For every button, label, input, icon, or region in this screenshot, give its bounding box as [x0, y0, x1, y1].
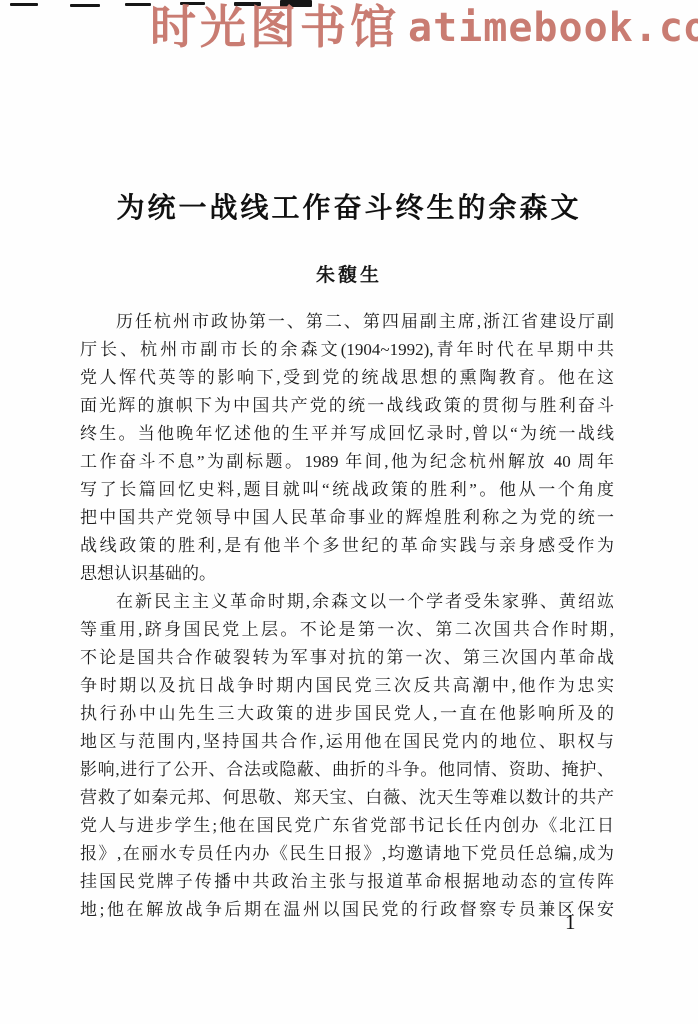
body-line: 工作奋斗不息”为副标题。1989 年间,他为纪念杭州解放 40 周年	[80, 448, 614, 476]
article-body: 历任杭州市政协第一、第二、第四届副主席,浙江省建设厅副 厅长、杭州市副市长的余森…	[80, 308, 614, 924]
body-line: 思想认识基础的。	[80, 560, 614, 588]
body-line: 影响,进行了公开、合法或隐蔽、曲折的斗争。他同情、资助、掩护、	[80, 756, 614, 784]
body-line: 争时期以及抗日战争时期内国民党三次反共高潮中,他作为忠实	[80, 672, 614, 700]
body-line: 历任杭州市政协第一、第二、第四届副主席,浙江省建设厅副	[80, 308, 614, 336]
page-number: 1	[565, 910, 576, 935]
body-line: 在新民主主义革命时期,余森文以一个学者受朱家骅、黄绍竑	[80, 588, 614, 616]
body-line: 写了长篇回忆史料,题目就叫“统战政策的胜利”。他从一个角度	[80, 476, 614, 504]
body-line: 等重用,跻身国民党上层。不论是第一次、第二次国共合作时期,	[80, 616, 614, 644]
scan-artifact-dash	[70, 4, 100, 7]
body-line: 党人与进步学生;他在国民党广东省党部书记长任内创办《北江日	[80, 812, 614, 840]
body-line: 营救了如秦元邦、何思敬、郑天宝、白薇、沈天生等难以数计的共产	[80, 784, 614, 812]
body-line: 厅长、杭州市副市长的余森文(1904~1992),青年时代在早期中共	[80, 336, 614, 364]
body-line: 不论是国共合作破裂转为军事对抗的第一次、第三次国内革命战	[80, 644, 614, 672]
body-line: 报》,在丽水专员任内办《民生日报》,均邀请地下党员任总编,成为	[80, 840, 614, 868]
watermark-latin-text: atimebook.com	[408, 5, 698, 51]
body-line: 把中国共产党领导中国人民革命事业的辉煌胜利称之为党的统一	[80, 504, 614, 532]
watermark-cjk-text: 时光图书馆	[150, 1, 400, 53]
scan-artifact-dash	[125, 3, 151, 6]
body-line: 地区与范围内,坚持国共合作,运用他在国民党内的地位、职权与	[80, 728, 614, 756]
body-line: 地;他在解放战争后期在温州以国民党的行政督察专员兼区保安	[80, 896, 614, 924]
article-title: 为统一战线工作奋斗终生的余森文	[0, 186, 698, 226]
site-watermark: 时光图书馆atimebook.com	[150, 4, 698, 50]
body-line: 党人恽代英等的影响下,受到党的统战思想的熏陶教育。他在这	[80, 364, 614, 392]
scanned-book-page: 时光图书馆atimebook.com 为统一战线工作奋斗终生的余森文 朱馥生 历…	[0, 0, 698, 1024]
article-author: 朱馥生	[0, 260, 698, 287]
body-line: 挂国民党牌子传播中共政治主张与报道革命根据地动态的宣传阵	[80, 868, 614, 896]
body-line: 执行孙中山先生三大政策的进步国民党人,一直在他影响所及的	[80, 700, 614, 728]
body-line: 面光辉的旗帜下为中国共产党的统一战线政策的贯彻与胜利奋斗	[80, 392, 614, 420]
body-line: 战线政策的胜利,是有他半个多世纪的革命实践与亲身感受作为	[80, 532, 614, 560]
body-line: 终生。当他晚年忆述他的生平并写成回忆录时,曾以“为统一战线	[80, 420, 614, 448]
scan-artifact-dash	[10, 3, 38, 6]
